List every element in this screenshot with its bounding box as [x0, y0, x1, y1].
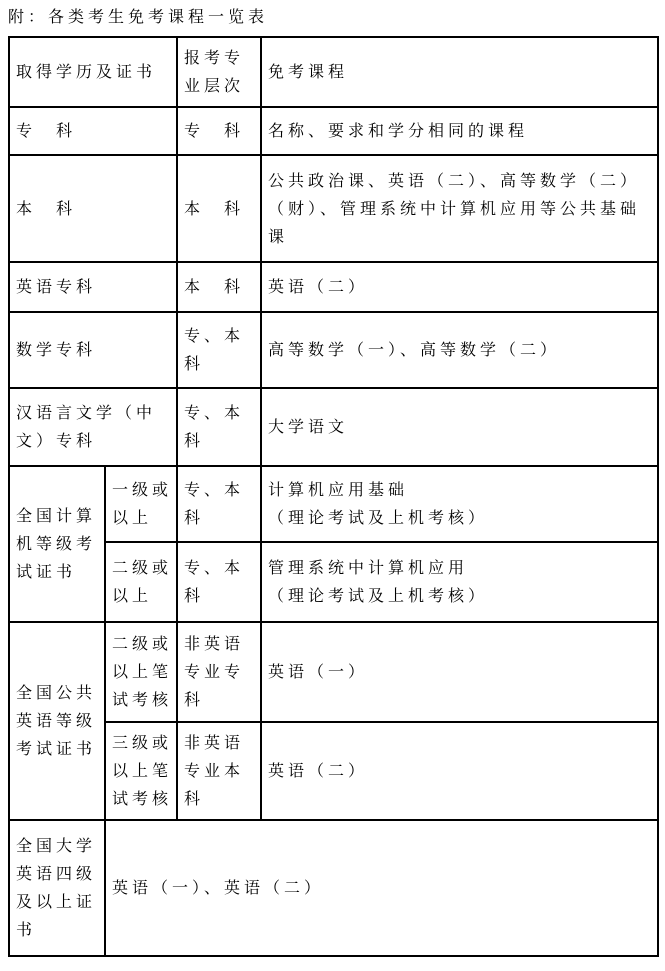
cell-credential: 英语专科	[9, 262, 177, 312]
table-row: 英语专科 本 科 英语（二）	[9, 262, 658, 312]
cell-level: 专、本 科	[177, 542, 261, 622]
cell-level: 本 科	[177, 262, 261, 312]
cell-level: 专、本 科	[177, 388, 261, 466]
document-page: 附：各类考生免考课程一览表 取得学历及证书 报考专 业层次 免考课程 专 科 专…	[0, 0, 665, 971]
cell-courses: 英语（一）、英语（二）	[105, 820, 658, 956]
cell-credential: 专 科	[9, 107, 177, 155]
document-title: 附：各类考生免考课程一览表	[8, 6, 657, 28]
header-credential: 取得学历及证书	[9, 37, 177, 107]
header-level: 报考专 业层次	[177, 37, 261, 107]
cell-credential: 汉语言文学（中 文）专科	[9, 388, 177, 466]
cell-grade: 一级或 以上	[105, 466, 177, 542]
cell-level: 非英语 专业本 科	[177, 722, 261, 820]
table-row: 二级或 以上 专、本 科 管理系统中计算机应用 （理论考试及上机考核）	[9, 542, 658, 622]
cell-courses: 管理系统中计算机应用 （理论考试及上机考核）	[261, 542, 658, 622]
table-row: 本 科 本 科 公共政治课、英语（二）、高等数学（二） （财）、管理系统中计算机…	[9, 155, 658, 262]
header-row: 取得学历及证书 报考专 业层次 免考课程	[9, 37, 658, 107]
cell-grade: 三级或 以上笔 试考核	[105, 722, 177, 820]
cell-grade: 二级或 以上笔 试考核	[105, 622, 177, 722]
cell-courses: 计算机应用基础 （理论考试及上机考核）	[261, 466, 658, 542]
cell-credential: 全国大学 英语四级 及以上证 书	[9, 820, 105, 956]
cell-level: 专、本 科	[177, 466, 261, 542]
table-row: 全国公共 英语等级 考试证书 二级或 以上笔 试考核 非英语 专业专 科 英语（…	[9, 622, 658, 722]
cell-courses: 英语（一）	[261, 622, 658, 722]
cell-level: 本 科	[177, 155, 261, 262]
cell-level: 非英语 专业专 科	[177, 622, 261, 722]
cell-level: 专、本 科	[177, 312, 261, 388]
cell-credential: 全国计算 机等级考 试证书	[9, 466, 105, 622]
table-row: 全国计算 机等级考 试证书 一级或 以上 专、本 科 计算机应用基础 （理论考试…	[9, 466, 658, 542]
table-row: 全国大学 英语四级 及以上证 书 英语（一）、英语（二）	[9, 820, 658, 956]
cell-courses: 名称、要求和学分相同的课程	[261, 107, 658, 155]
cell-courses: 公共政治课、英语（二）、高等数学（二） （财）、管理系统中计算机应用等公共基础 …	[261, 155, 658, 262]
cell-grade: 二级或 以上	[105, 542, 177, 622]
table-row: 专 科 专 科 名称、要求和学分相同的课程	[9, 107, 658, 155]
cell-courses: 高等数学（一）、高等数学（二）	[261, 312, 658, 388]
table-row: 三级或 以上笔 试考核 非英语 专业本 科 英语（二）	[9, 722, 658, 820]
exemption-courses-table: 取得学历及证书 报考专 业层次 免考课程 专 科 专 科 名称、要求和学分相同的…	[8, 36, 659, 957]
cell-level: 专 科	[177, 107, 261, 155]
table-row: 数学专科 专、本 科 高等数学（一）、高等数学（二）	[9, 312, 658, 388]
cell-courses: 英语（二）	[261, 722, 658, 820]
cell-credential: 全国公共 英语等级 考试证书	[9, 622, 105, 820]
cell-credential: 数学专科	[9, 312, 177, 388]
cell-courses: 大学语文	[261, 388, 658, 466]
table-row: 汉语言文学（中 文）专科 专、本 科 大学语文	[9, 388, 658, 466]
cell-credential: 本 科	[9, 155, 177, 262]
header-courses: 免考课程	[261, 37, 658, 107]
cell-courses: 英语（二）	[261, 262, 658, 312]
